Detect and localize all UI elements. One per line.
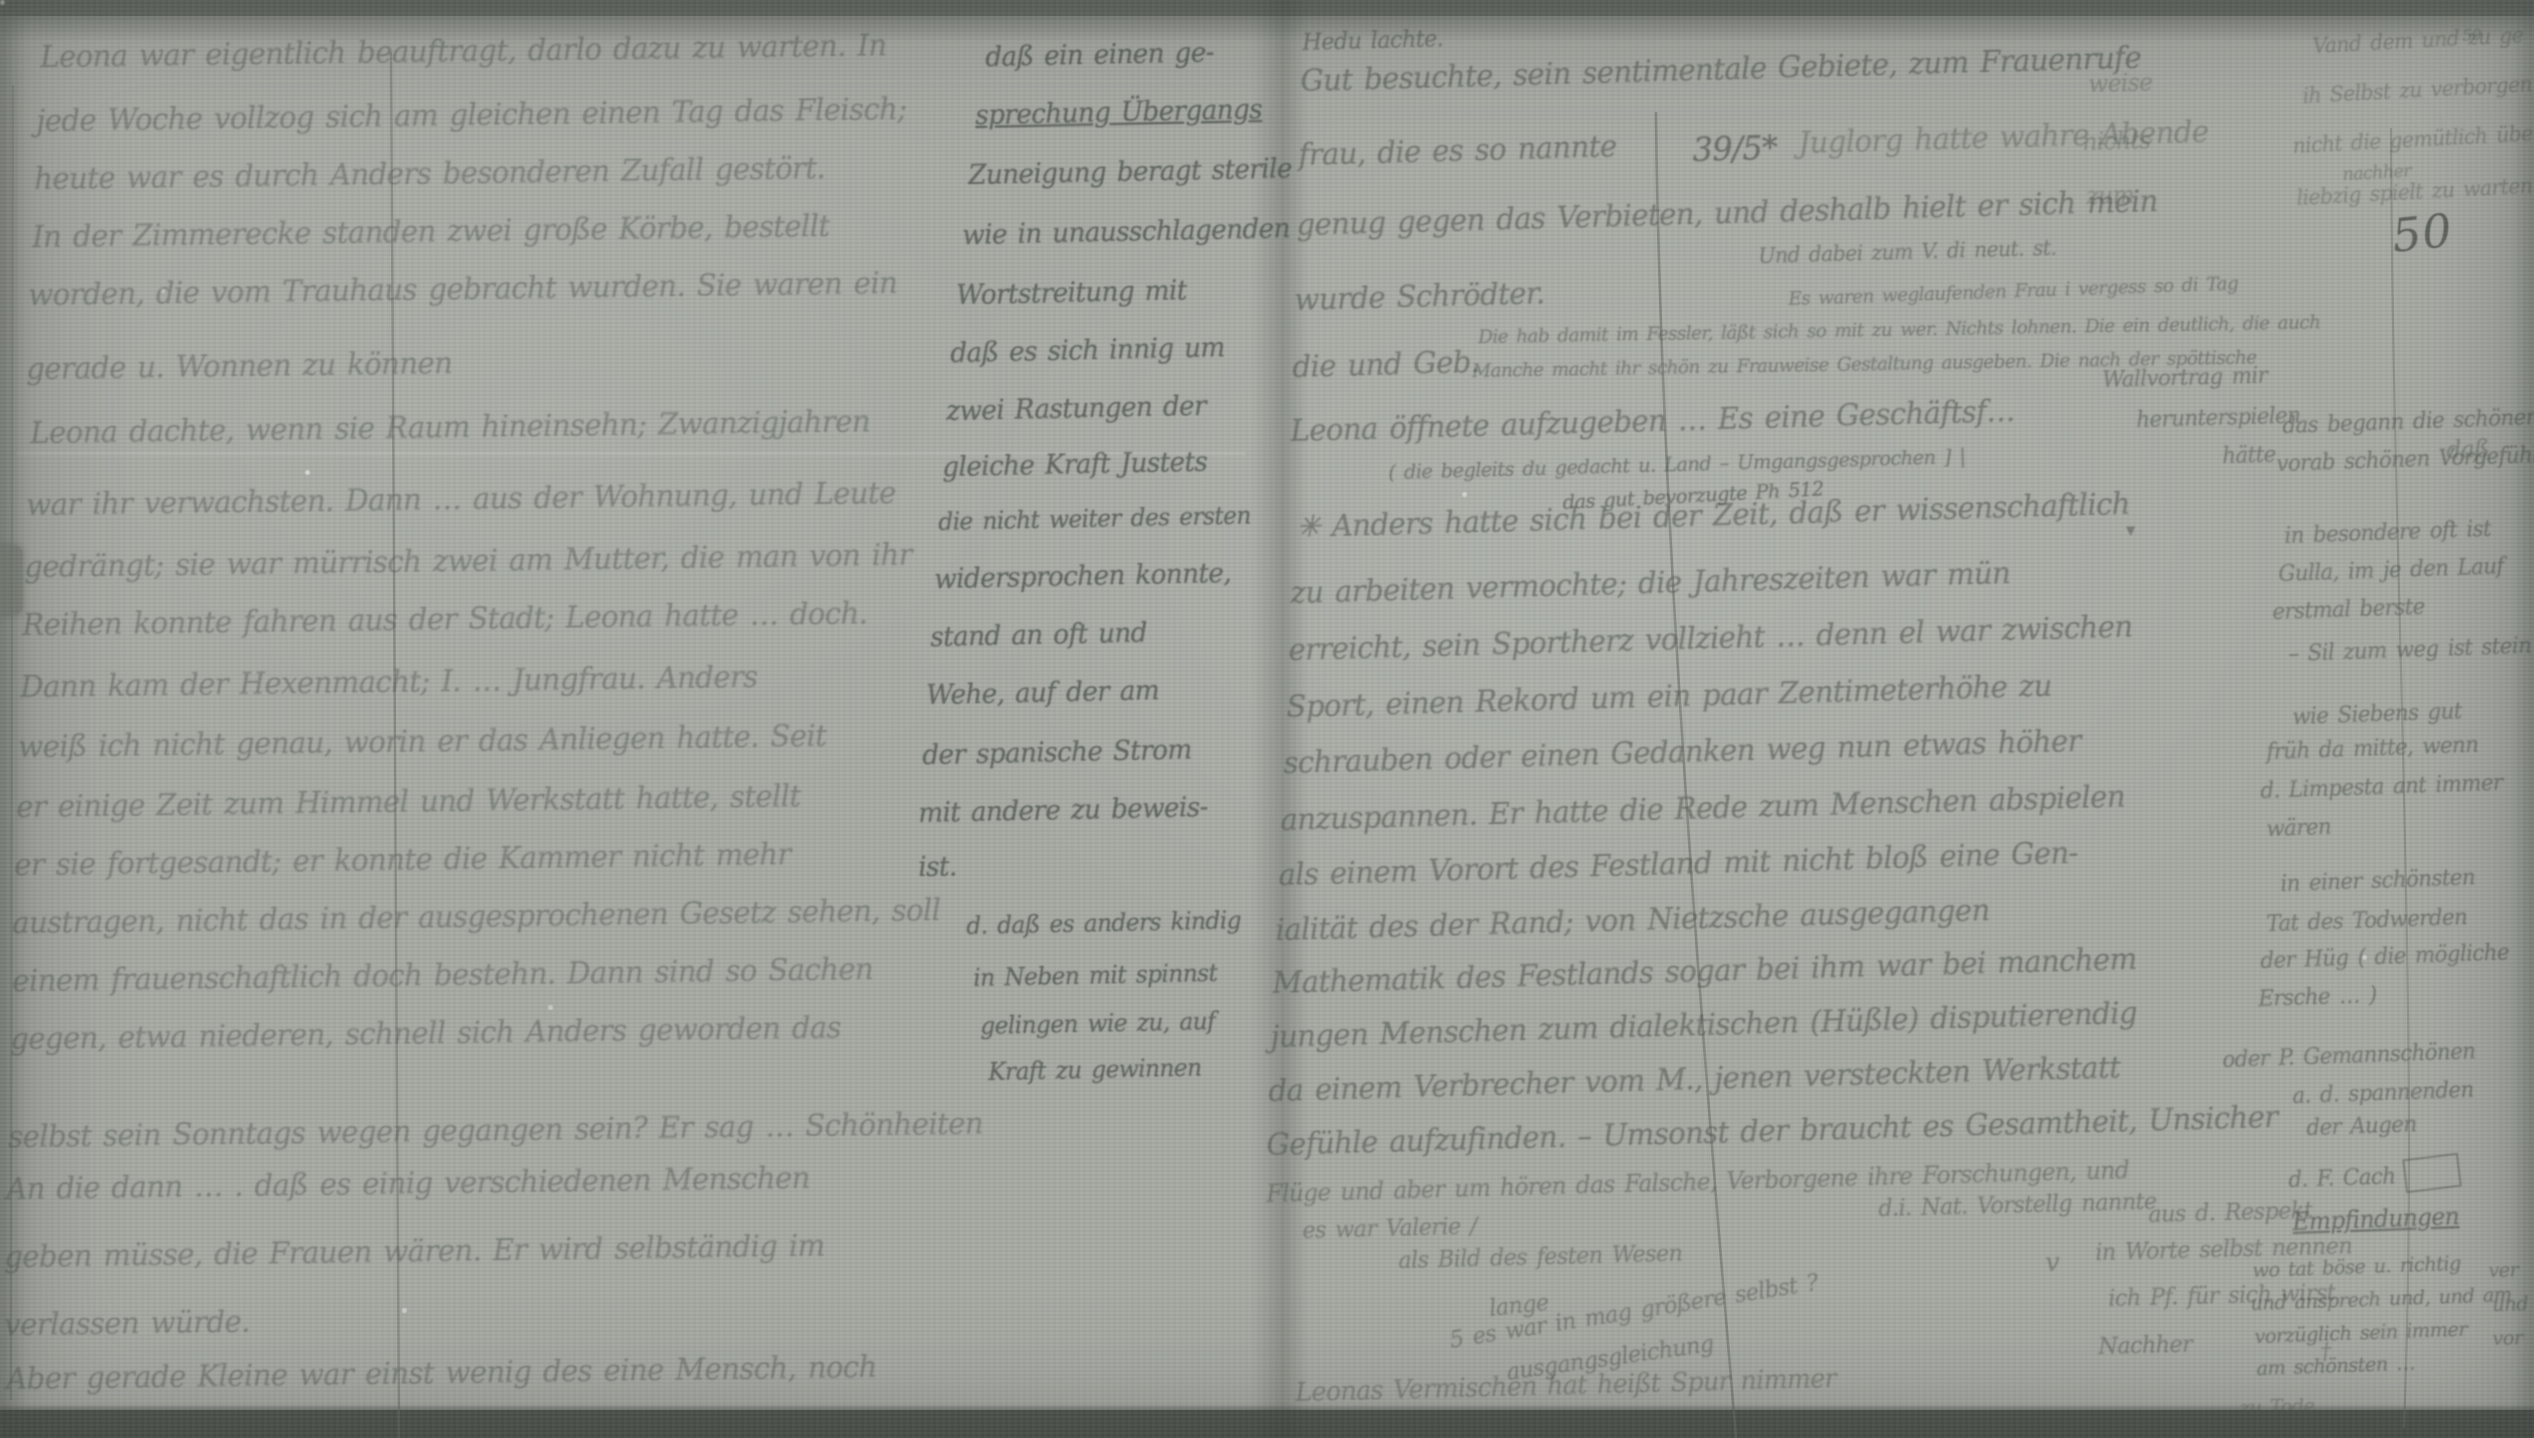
- handwriting-line: Wallvortrag mir: [2102, 363, 2268, 393]
- handwriting-line: aus d. Respekt: [2148, 1198, 2312, 1228]
- handwriting-line: erstmal berste: [2272, 595, 2425, 625]
- handwriting-line: wären: [2266, 815, 2331, 842]
- handwriting-line: widersprochen konnte,: [934, 558, 1231, 595]
- handwriting-line: ver: [2488, 1257, 2519, 1282]
- handwriting-line: Kraft zu gewinnen: [988, 1054, 1202, 1086]
- handwriting-line: daß ein einen ge-: [985, 37, 1214, 73]
- handwriting-line: weise: [2088, 68, 2153, 98]
- handwriting-line: d. daß es anders kindig: [966, 906, 1241, 940]
- manuscript-scan: Leona war eigentlich beauftragt, darlo d…: [0, 0, 2534, 1438]
- fold-crease-right-page: [1656, 112, 1736, 1438]
- handwriting-line: v: [2045, 1248, 2059, 1278]
- handwriting-line: stand an oft und: [930, 617, 1147, 653]
- handwriting-line: es war Valerie /: [1302, 1213, 1477, 1244]
- handwriting-line: 50: [2462, 25, 2482, 45]
- handwriting-line: Empfindungen: [2292, 1202, 2459, 1236]
- handwriting-line: 39/5*: [1692, 128, 1778, 169]
- handwriting-line: sprechung Übergangs: [975, 94, 1262, 131]
- handwriting-line: ▾: [2126, 520, 2135, 541]
- handwriting-line: Ersche … ): [2258, 983, 2377, 1012]
- handwriting-line: daß es sich innig um: [950, 332, 1225, 369]
- handwriting-line: Nachher: [2098, 1332, 2193, 1360]
- handwriting-line: vor: [2492, 1325, 2523, 1350]
- page-number: 50: [2389, 203, 2455, 263]
- handwriting-line: Wehe, auf der am: [926, 675, 1159, 711]
- handwriting-line: gleiche Kraft Justets: [942, 446, 1208, 483]
- handwriting-line: d. F. Cach: [2288, 1164, 2396, 1193]
- handwriting-line: zwei Rastungen der: [946, 391, 1206, 427]
- handwriting-line: herunterspielen: [2136, 403, 2301, 433]
- handwriting-line: gelingen wie zu, auf: [980, 1007, 1215, 1040]
- handwriting-line: †: [2320, 1340, 2331, 1365]
- handwriting-line: gerade u. Wonnen zu können: [26, 346, 452, 387]
- handwriting-line: … zu Tode: [2212, 1393, 2315, 1420]
- handwriting-line: die und Geb.: [1292, 345, 1480, 385]
- handwriting-line: der Augen: [2306, 1112, 2417, 1141]
- handwriting-line: in Neben mit spinnst: [973, 959, 1218, 992]
- handwriting-line: verlassen würde.: [4, 1305, 250, 1343]
- handwriting-line: der spanische Strom: [922, 734, 1192, 771]
- handwriting-line: mit andere zu beweis-: [918, 792, 1208, 829]
- handwriting-line: nichts: [2082, 126, 2151, 156]
- handwriting-line: wurde Schrödter.: [1294, 276, 1545, 318]
- handwriting-line: Hedu lachte.: [1302, 26, 1444, 56]
- handwriting-line: hätte: [2222, 443, 2276, 469]
- handwriting-line: Wortstreitung mit: [956, 275, 1187, 311]
- handwriting-line: ist.: [918, 851, 957, 883]
- margin-box-mark: [2402, 1153, 2462, 1194]
